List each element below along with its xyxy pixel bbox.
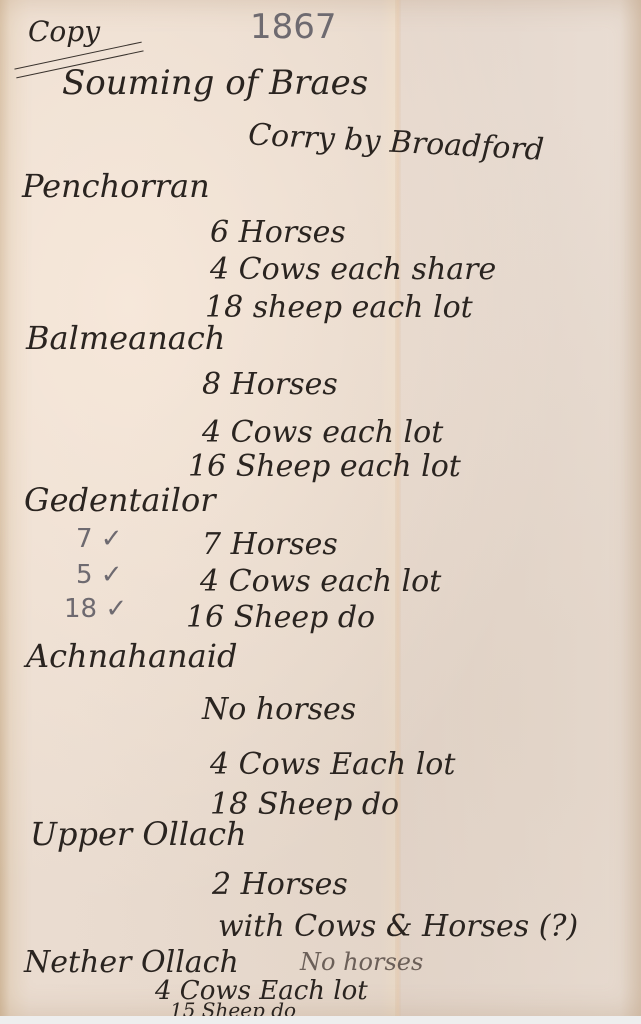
entry-line: 16 Sheep do xyxy=(186,603,375,633)
entry-line: 4 Cows Each lot xyxy=(210,750,455,780)
entry-line: 16 Sheep each lot xyxy=(188,452,461,482)
entry-line: with Cows & Horses (?) xyxy=(218,912,578,942)
entry-line: 4 Cows each lot xyxy=(202,418,443,448)
scan-border xyxy=(0,1016,641,1024)
place-note: No horses xyxy=(300,950,423,974)
place-name: Penchorran xyxy=(22,170,210,202)
entry-line: 6 Horses xyxy=(210,218,346,248)
manuscript-page: Copy 1867 Souming of Braes Corry by Broa… xyxy=(0,0,641,1016)
entry-line: No horses xyxy=(202,695,356,725)
entry-line: 2 Horses xyxy=(212,870,348,900)
year-annotation: 1867 xyxy=(250,10,337,44)
margin-tally: 5 ✓ xyxy=(76,562,123,588)
place-name: Upper Ollach xyxy=(30,818,247,850)
document-location: Corry by Broadford xyxy=(247,120,544,165)
place-name: Achnahanaid xyxy=(26,640,237,672)
place-name: Nether Ollach xyxy=(24,948,239,978)
margin-tally: 18 ✓ xyxy=(64,596,127,622)
margin-tally: 7 ✓ xyxy=(76,526,123,552)
place-name: Balmeanach xyxy=(26,322,225,354)
document-title: Souming of Braes xyxy=(62,66,368,100)
place-name: Gedentailor xyxy=(24,484,216,516)
entry-line: 7 Horses xyxy=(202,530,338,560)
entry-line: 4 Cows each lot xyxy=(200,567,441,597)
copy-label: Copy xyxy=(28,18,100,46)
entry-line: 18 sheep each lot xyxy=(205,293,473,323)
entry-line: 8 Horses xyxy=(202,370,338,400)
entry-line: 4 Cows each share xyxy=(210,255,496,285)
